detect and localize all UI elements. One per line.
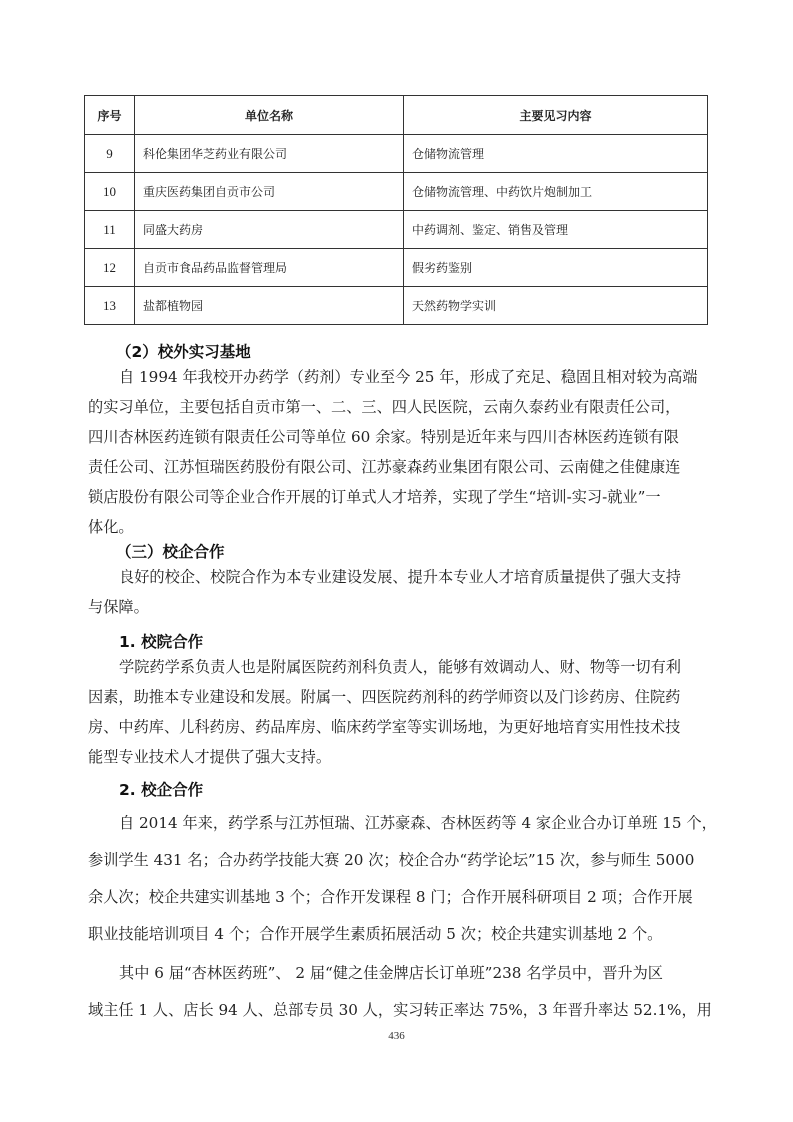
text-line: 其中 6 届“杏林医药班”、 2 届“健之佳金牌店长订单班”238 名学员中，晋… bbox=[88, 955, 708, 992]
table-row: 12 自贡市食品药品监督管理局 假劣药鉴别 bbox=[85, 249, 708, 287]
paragraph-offcampus-base: 自 1994 年我校开办药学（药剂）专业至今 25 年，形成了充足、稳固且相对较… bbox=[88, 362, 708, 542]
cell-unit-name: 同盛大药房 bbox=[135, 211, 404, 249]
text-line: 余人次；校企共建实训基地 3 个；合作开发课程 8 门；合作开展科研项目 2 项… bbox=[88, 879, 708, 916]
cell-unit-name: 重庆医药集团自贡市公司 bbox=[135, 173, 404, 211]
table-row: 11 同盛大药房 中药调剂、鉴定、销售及管理 bbox=[85, 211, 708, 249]
paragraph-graduate-outcomes: 其中 6 届“杏林医药班”、 2 届“健之佳金牌店长订单班”238 名学员中，晋… bbox=[88, 955, 708, 1029]
text-line: 责任公司、江苏恒瑞医药股份有限公司、江苏豪森药业集团有限公司、云南健之佳健康连 bbox=[88, 452, 708, 482]
cell-unit-name: 盐都植物园 bbox=[135, 287, 404, 325]
cell-serial: 11 bbox=[85, 211, 135, 249]
text-line: 良好的校企、校院合作为本专业建设发展、提升本专业人才培育质量提供了强大支持 bbox=[88, 562, 708, 592]
header-content: 主要见习内容 bbox=[404, 96, 708, 135]
cell-unit-name: 自贡市食品药品监督管理局 bbox=[135, 249, 404, 287]
section-heading-offcampus-base: （2）校外实习基地 bbox=[116, 340, 251, 362]
cell-unit-name: 科伦集团华芝药业有限公司 bbox=[135, 135, 404, 173]
text-line: 能型专业技术人才提供了强大支持。 bbox=[88, 742, 708, 772]
cell-content: 仓储物流管理、中药饮片炮制加工 bbox=[404, 173, 708, 211]
table-header-row: 序号 单位名称 主要见习内容 bbox=[85, 96, 708, 135]
text-line: 锁店股份有限公司等企业合作开展的订单式人才培养，实现了学生“培训-实习-就业”一 bbox=[88, 482, 708, 512]
table-row: 10 重庆医药集团自贡市公司 仓储物流管理、中药饮片炮制加工 bbox=[85, 173, 708, 211]
text-line: 自 2014 年来，药学系与江苏恒瑞、江苏豪森、杏林医药等 4 家企业合办订单班… bbox=[88, 805, 708, 842]
page-number: 436 bbox=[0, 1030, 793, 1042]
cell-serial: 10 bbox=[85, 173, 135, 211]
cell-serial: 12 bbox=[85, 249, 135, 287]
section-heading-cooperation: （三）校企合作 bbox=[116, 540, 225, 562]
paragraph-cooperation: 良好的校企、校院合作为本专业建设发展、提升本专业人才培育质量提供了强大支持 与保… bbox=[88, 562, 708, 622]
section-heading-enterprise-cooperation: 2. 校企合作 bbox=[119, 778, 203, 800]
cell-content: 仓储物流管理 bbox=[404, 135, 708, 173]
text-line: 体化。 bbox=[88, 512, 708, 542]
text-line: 参训学生 431 名；合办药学技能大赛 20 次；校企合办“药学论坛”15 次，… bbox=[88, 842, 708, 879]
text-line: 职业技能培训项目 4 个；合作开展学生素质拓展活动 5 次；校企共建实训基地 2… bbox=[88, 916, 708, 953]
header-unit-name: 单位名称 bbox=[135, 96, 404, 135]
table-row: 9 科伦集团华芝药业有限公司 仓储物流管理 bbox=[85, 135, 708, 173]
text-line: 的实习单位，主要包括自贡市第一、二、三、四人民医院，云南久泰药业有限责任公司， bbox=[88, 392, 708, 422]
section-heading-hospital-cooperation: 1. 校院合作 bbox=[119, 630, 203, 652]
cell-content: 天然药物学实训 bbox=[404, 287, 708, 325]
document-page: 序号 单位名称 主要见习内容 9 科伦集团华芝药业有限公司 仓储物流管理 10 … bbox=[0, 0, 793, 1122]
table-row: 13 盐都植物园 天然药物学实训 bbox=[85, 287, 708, 325]
text-line: 自 1994 年我校开办药学（药剂）专业至今 25 年，形成了充足、稳固且相对较… bbox=[88, 362, 708, 392]
header-serial: 序号 bbox=[85, 96, 135, 135]
text-line: 与保障。 bbox=[88, 592, 708, 622]
paragraph-enterprise-cooperation: 自 2014 年来，药学系与江苏恒瑞、江苏豪森、杏林医药等 4 家企业合办订单班… bbox=[88, 805, 708, 953]
cell-serial: 13 bbox=[85, 287, 135, 325]
text-line: 因素，助推本专业建设和发展。附属一、四医院药剂科的药学师资以及门诊药房、住院药 bbox=[88, 682, 708, 712]
paragraph-hospital-cooperation: 学院药学系负责人也是附属医院药剂科负责人，能够有效调动人、财、物等一切有利 因素… bbox=[88, 652, 708, 772]
text-line: 四川杏林医药连锁有限责任公司等单位 60 余家。特别是近年来与四川杏林医药连锁有… bbox=[88, 422, 708, 452]
cell-content: 中药调剂、鉴定、销售及管理 bbox=[404, 211, 708, 249]
text-line: 学院药学系负责人也是附属医院药剂科负责人，能够有效调动人、财、物等一切有利 bbox=[88, 652, 708, 682]
cell-serial: 9 bbox=[85, 135, 135, 173]
cell-content: 假劣药鉴别 bbox=[404, 249, 708, 287]
internship-units-table: 序号 单位名称 主要见习内容 9 科伦集团华芝药业有限公司 仓储物流管理 10 … bbox=[84, 95, 708, 325]
text-line: 域主任 1 人、店长 94 人、总部专员 30 人，实习转正率达 75%，3 年… bbox=[88, 992, 708, 1029]
text-line: 房、中药库、儿科药房、药品库房、临床药学室等实训场地，为更好地培育实用性技术技 bbox=[88, 712, 708, 742]
